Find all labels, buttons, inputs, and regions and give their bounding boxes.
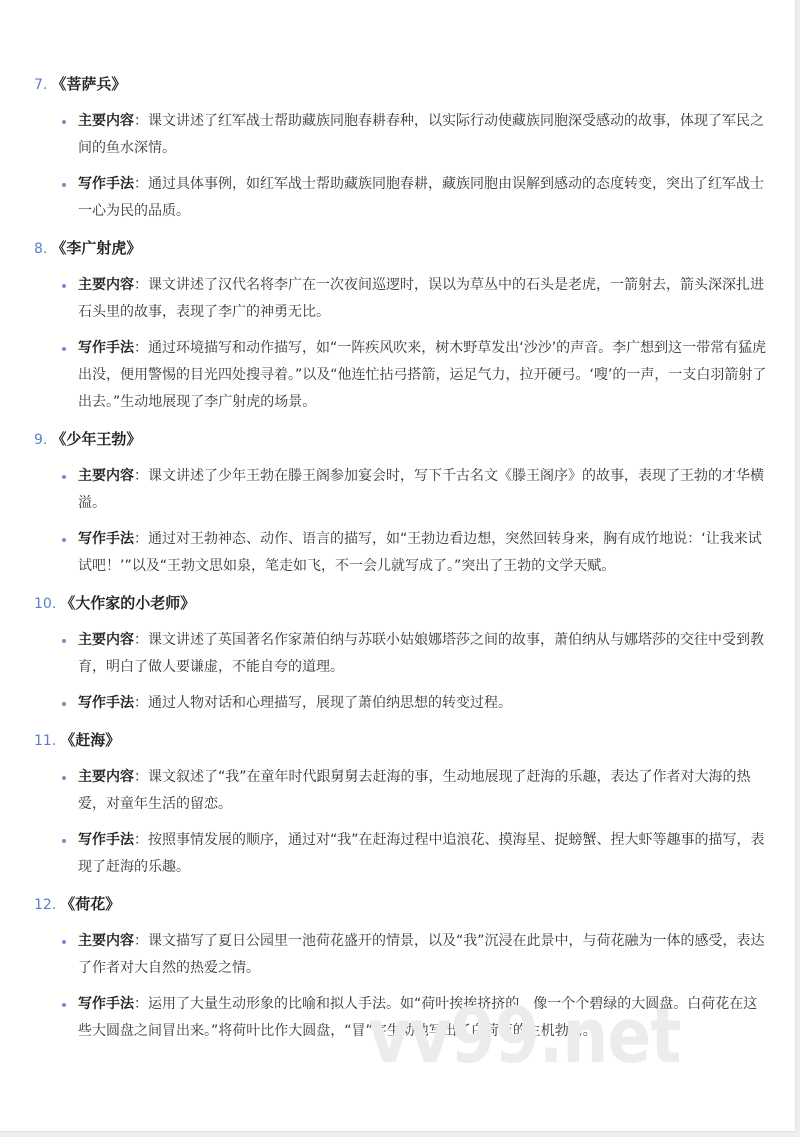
list-item: 写作手法：通过人物对话和心理描写，展现了萧伯纳思想的转变过程。: [0, 690, 795, 717]
point-separator: ：: [134, 832, 148, 848]
point-label: 写作手法: [78, 176, 134, 192]
point-separator: ：: [134, 933, 148, 949]
list-item: 写作手法：通过对王勃神态、动作、语言的描写，如“王勃边看边想，突然回转身来，胸有…: [0, 526, 795, 580]
point-separator: ：: [134, 769, 148, 785]
bullet-icon: [62, 776, 66, 780]
lesson-section: 9.《少年王勃》 主要内容：课文讲述了少年王勃在滕王阁参加宴会时，写下千古名文《…: [0, 425, 795, 580]
point-separator: ：: [134, 113, 148, 129]
bullet-icon: [62, 475, 66, 479]
lesson-number: 7.: [34, 71, 47, 99]
point-label: 主要内容: [78, 277, 134, 293]
document-content: 7.《菩萨兵》 主要内容：课文讲述了红军战士帮助藏族同胞春耕春种，以实际行动使藏…: [0, 70, 795, 1054]
lesson-title: 《大作家的小老师》: [60, 594, 195, 612]
lesson-heading: 9.《少年王勃》: [0, 425, 795, 453]
point-separator: ：: [134, 632, 148, 648]
bullet-icon: [62, 839, 66, 843]
list-item: 写作手法：按照事情发展的顺序，通过对“我”在赶海过程中追浪花、摸海星、捉螃蟹、捏…: [0, 827, 795, 881]
bullet-icon: [62, 538, 66, 542]
point-separator: ：: [134, 996, 148, 1012]
point-separator: ：: [134, 531, 148, 547]
lesson-title: 《荷花》: [60, 895, 120, 913]
point-text: 通过具体事例，如红军战士帮助藏族同胞春耕，藏族同胞由误解到感动的态度转变，突出了…: [78, 176, 764, 219]
lesson-heading: 8.《李广射虎》: [0, 234, 795, 262]
lesson-heading: 11.《赶海》: [0, 726, 795, 754]
lesson-points: 主要内容：课文讲述了英国著名作家萧伯纳与苏联小姑娘娜塔莎之间的故事，萧伯纳从与娜…: [0, 627, 795, 717]
list-item: 主要内容：课文讲述了汉代名将李广在一次夜间巡逻时，误以为草丛中的石头是老虎，一箭…: [0, 272, 795, 326]
bullet-icon: [62, 702, 66, 706]
point-text: 通过对王勃神态、动作、语言的描写，如“王勃边看边想，突然回转身来，胸有成竹地说：…: [78, 531, 762, 574]
lesson-number: 9.: [34, 426, 47, 454]
lesson-title: 《菩萨兵》: [51, 75, 126, 93]
point-label: 主要内容: [78, 113, 134, 129]
point-text: 课文讲述了英国著名作家萧伯纳与苏联小姑娘娜塔莎之间的故事，萧伯纳从与娜塔莎的交往…: [78, 632, 764, 675]
lesson-number: 12.: [34, 891, 56, 919]
lesson-heading: 7.《菩萨兵》: [0, 70, 795, 98]
point-separator: ：: [134, 176, 148, 192]
lesson-number: 10.: [34, 590, 56, 618]
point-label: 写作手法: [78, 695, 134, 711]
list-item: 主要内容：课文叙述了“我”在童年时代跟舅舅去赶海的事，生动地展现了赶海的乐趣，表…: [0, 764, 795, 818]
lesson-points: 主要内容：课文讲述了汉代名将李广在一次夜间巡逻时，误以为草丛中的石头是老虎，一箭…: [0, 272, 795, 416]
point-text: 课文讲述了少年王勃在滕王阁参加宴会时，写下千古名文《滕王阁序》的故事，表现了王勃…: [78, 468, 764, 511]
list-item: 主要内容：课文描写了夏日公园里一池荷花盛开的情景，以及“我”沉浸在此景中，与荷花…: [0, 928, 795, 982]
point-label: 写作手法: [78, 996, 134, 1012]
point-text: 课文叙述了“我”在童年时代跟舅舅去赶海的事，生动地展现了赶海的乐趣，表达了作者对…: [78, 769, 751, 812]
list-item: 写作手法：通过具体事例，如红军战士帮助藏族同胞春耕，藏族同胞由误解到感动的态度转…: [0, 171, 795, 225]
lesson-number: 8.: [34, 235, 47, 263]
lesson-heading: 10.《大作家的小老师》: [0, 589, 795, 617]
watermark: vv99.net: [368, 998, 681, 1074]
point-separator: ：: [134, 277, 148, 293]
lesson-section: 10.《大作家的小老师》 主要内容：课文讲述了英国著名作家萧伯纳与苏联小姑娘娜塔…: [0, 589, 795, 717]
bullet-icon: [62, 120, 66, 124]
list-item: 主要内容：课文讲述了少年王勃在滕王阁参加宴会时，写下千古名文《滕王阁序》的故事，…: [0, 463, 795, 517]
point-label: 主要内容: [78, 769, 134, 785]
lesson-section: 8.《李广射虎》 主要内容：课文讲述了汉代名将李广在一次夜间巡逻时，误以为草丛中…: [0, 234, 795, 416]
bullet-icon: [62, 1003, 66, 1007]
point-separator: ：: [134, 340, 148, 356]
point-label: 主要内容: [78, 933, 134, 949]
point-text: 通过人物对话和心理描写，展现了萧伯纳思想的转变过程。: [148, 695, 512, 711]
lesson-points: 主要内容：课文叙述了“我”在童年时代跟舅舅去赶海的事，生动地展现了赶海的乐趣，表…: [0, 764, 795, 881]
point-separator: ：: [134, 695, 148, 711]
point-text: 课文描写了夏日公园里一池荷花盛开的情景，以及“我”沉浸在此景中，与荷花融为一体的…: [78, 933, 765, 976]
point-text: 课文讲述了红军战士帮助藏族同胞春耕春种，以实际行动使藏族同胞深受感动的故事，体现…: [78, 113, 764, 156]
lesson-number: 11.: [34, 727, 56, 755]
lesson-heading: 12.《荷花》: [0, 890, 795, 918]
list-item: 主要内容：课文讲述了英国著名作家萧伯纳与苏联小姑娘娜塔莎之间的故事，萧伯纳从与娜…: [0, 627, 795, 681]
lesson-title: 《李广射虎》: [51, 239, 141, 257]
list-item: 主要内容：课文讲述了红军战士帮助藏族同胞春耕春种，以实际行动使藏族同胞深受感动的…: [0, 108, 795, 162]
point-separator: ：: [134, 468, 148, 484]
lesson-points: 主要内容：课文讲述了少年王勃在滕王阁参加宴会时，写下千古名文《滕王阁序》的故事，…: [0, 463, 795, 580]
lesson-points: 主要内容：课文讲述了红军战士帮助藏族同胞春耕春种，以实际行动使藏族同胞深受感动的…: [0, 108, 795, 225]
point-text: 通过环境描写和动作描写，如“一阵疾风吹来，树木野草发出‘沙沙’的声音。李广想到这…: [78, 340, 766, 410]
document-page: 7.《菩萨兵》 主要内容：课文讲述了红军战士帮助藏族同胞春耕春种，以实际行动使藏…: [0, 0, 796, 1132]
bullet-icon: [62, 183, 66, 187]
lesson-section: 7.《菩萨兵》 主要内容：课文讲述了红军战士帮助藏族同胞春耕春种，以实际行动使藏…: [0, 70, 795, 225]
point-label: 主要内容: [78, 632, 134, 648]
point-label: 主要内容: [78, 468, 134, 484]
point-text: 课文讲述了汉代名将李广在一次夜间巡逻时，误以为草丛中的石头是老虎，一箭射去，箭头…: [78, 277, 764, 320]
lesson-title: 《少年王勃》: [51, 430, 141, 448]
bullet-icon: [62, 284, 66, 288]
point-label: 写作手法: [78, 832, 134, 848]
lesson-title: 《赶海》: [60, 731, 120, 749]
point-label: 写作手法: [78, 340, 134, 356]
point-label: 写作手法: [78, 531, 134, 547]
bullet-icon: [62, 940, 66, 944]
list-item: 写作手法：通过环境描写和动作描写，如“一阵疾风吹来，树木野草发出‘沙沙’的声音。…: [0, 335, 795, 416]
lesson-section: 11.《赶海》 主要内容：课文叙述了“我”在童年时代跟舅舅去赶海的事，生动地展现…: [0, 726, 795, 881]
point-text: 按照事情发展的顺序，通过对“我”在赶海过程中追浪花、摸海星、捉螃蟹、捏大虾等趣事…: [78, 832, 765, 875]
bullet-icon: [62, 639, 66, 643]
bullet-icon: [62, 347, 66, 351]
